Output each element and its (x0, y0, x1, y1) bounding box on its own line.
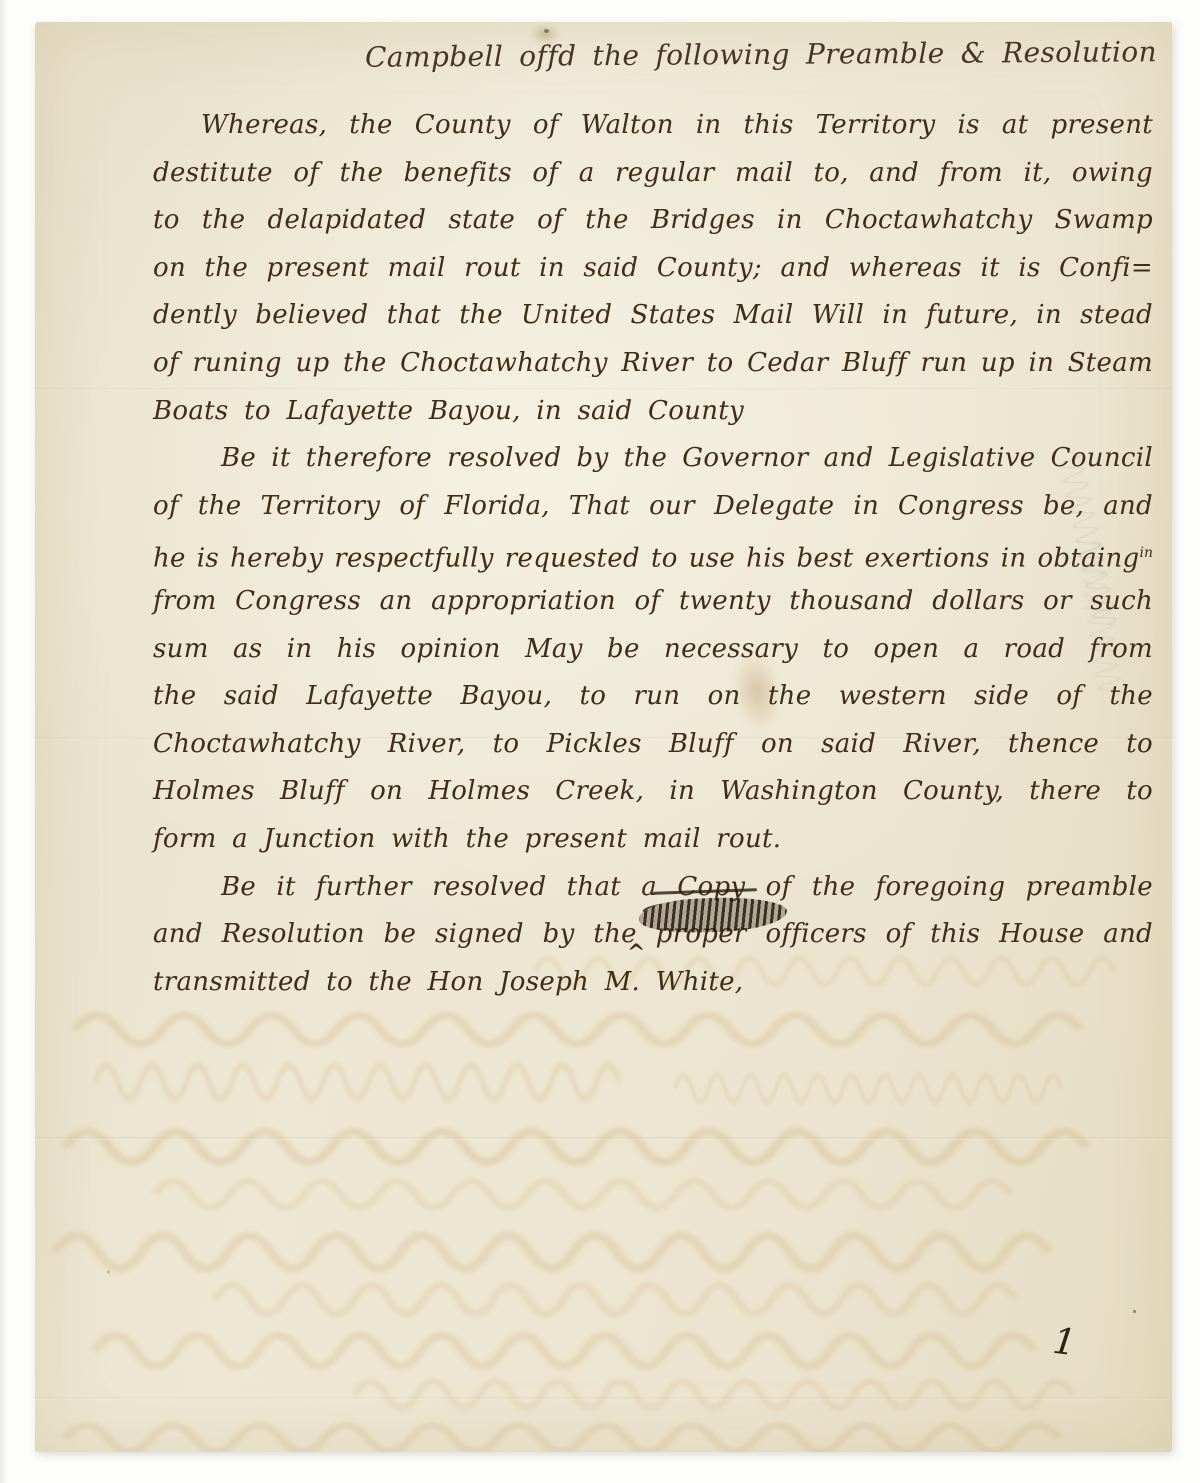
paper-speck (1133, 1310, 1136, 1313)
manuscript-line: Holmes Bluff on Holmes Creek, in Washing… (153, 768, 1153, 816)
manuscript-line: from Congress an appropriation of twenty… (153, 578, 1153, 626)
manuscript-line: Be it further resolved that a Copy of th… (153, 864, 1153, 912)
manuscript-line: Be it therefore resolved by the Governor… (153, 435, 1153, 483)
manuscript-line: on the present mail rout in said County;… (153, 245, 1153, 293)
manuscript-line: transmitted to the Hon Joseph M. White, (153, 959, 1153, 1007)
manuscript-line: the said Lafayette Bayou, to run on the … (153, 673, 1153, 721)
manuscript-line: Boats to Lafayette Bayou, in said County (153, 388, 1153, 436)
fold-crease (35, 1397, 1172, 1400)
page-number: 1 (1051, 1321, 1079, 1364)
paper-speck (544, 29, 549, 33)
superscript-insertion: in (1140, 545, 1154, 561)
manuscript-line: sum as in his opinion May be necessary t… (153, 626, 1153, 674)
manuscript-page: Campbell offd the following Preamble & R… (35, 22, 1172, 1452)
manuscript-body: Whereas, the County of Walton in this Te… (153, 102, 1153, 1006)
manuscript-line-text: he is hereby respectfully requested to u… (153, 544, 1140, 574)
fold-crease (35, 1137, 1172, 1140)
caret-insertion-mark: ^ (627, 940, 645, 966)
manuscript-line: of runing up the Choctawhatchy River to … (153, 340, 1153, 388)
manuscript-line: of the Territory of Florida, That our De… (153, 483, 1153, 531)
manuscript-line: he is hereby respectfully requested to u… (153, 530, 1153, 578)
manuscript-line: to the delapidated state of the Bridges … (153, 197, 1153, 245)
manuscript-line: destitute of the benefits of a regular m… (153, 150, 1153, 198)
manuscript-line: Whereas, the County of Walton in this Te… (153, 102, 1153, 150)
manuscript-line: dently believed that the United States M… (153, 292, 1153, 340)
manuscript-line: form a Junction with the present mail ro… (153, 816, 1153, 864)
paper-speck (107, 1270, 110, 1274)
scanner-edge-shadow (0, 0, 8, 1483)
document-heading: Campbell offd the following Preamble & R… (365, 35, 1157, 74)
manuscript-line: Choctawhatchy River, to Pickles Bluff on… (153, 721, 1153, 769)
